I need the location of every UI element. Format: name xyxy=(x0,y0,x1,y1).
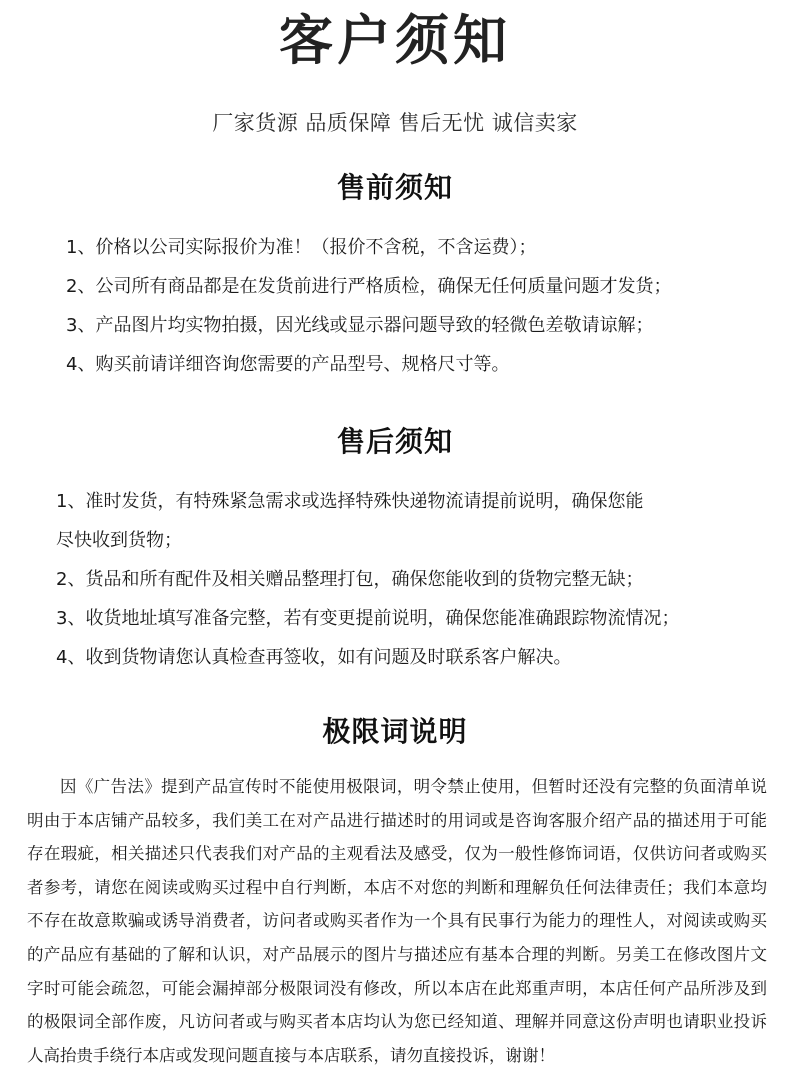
after-sale-item: 2、货品和所有配件及相关赠品整理打包，确保您能收到的货物完整无缺； xyxy=(56,560,679,599)
statement-paragraph: 因《广告法》提到产品宣传时不能使用极限词，明令禁止使用，但暂时还没有完整的负面清… xyxy=(27,770,767,1072)
page-subtitle: 厂家货源 品质保障 售后无忧 诚信卖家 xyxy=(0,108,790,138)
after-sale-item: 尽快收到货物； xyxy=(56,521,679,560)
restricted-words-statement: 因《广告法》提到产品宣传时不能使用极限词，明令禁止使用，但暂时还没有完整的负面清… xyxy=(27,770,767,1072)
restricted-words-title: 极限词说明 xyxy=(0,714,790,750)
after-sale-item: 1、准时发货，有特殊紧急需求或选择特殊快递物流请提前说明，确保您能 xyxy=(56,482,679,521)
pre-sale-list: 1、价格以公司实际报价为准！（报价不含税，不含运费）； 2、公司所有商品都是在发… xyxy=(66,228,671,384)
after-sale-list: 1、准时发货，有特殊紧急需求或选择特殊快递物流请提前说明，确保您能 尽快收到货物… xyxy=(56,482,679,677)
pre-sale-item: 2、公司所有商品都是在发货前进行严格质检，确保无任何质量问题才发货； xyxy=(66,267,671,306)
pre-sale-title: 售前须知 xyxy=(0,170,790,206)
pre-sale-item: 4、购买前请详细咨询您需要的产品型号、规格尺寸等。 xyxy=(66,345,671,384)
pre-sale-item: 3、产品图片均实物拍摄，因光线或显示器问题导致的轻微色差敬请谅解； xyxy=(66,306,671,345)
after-sale-title: 售后须知 xyxy=(0,424,790,460)
after-sale-item: 4、收到货物请您认真检查再签收，如有问题及时联系客户解决。 xyxy=(56,638,679,677)
after-sale-item: 3、收货地址填写准备完整，若有变更提前说明，确保您能准确跟踪物流情况； xyxy=(56,599,679,638)
page-title: 客户须知 xyxy=(0,8,790,74)
pre-sale-item: 1、价格以公司实际报价为准！（报价不含税，不含运费）； xyxy=(66,228,671,267)
